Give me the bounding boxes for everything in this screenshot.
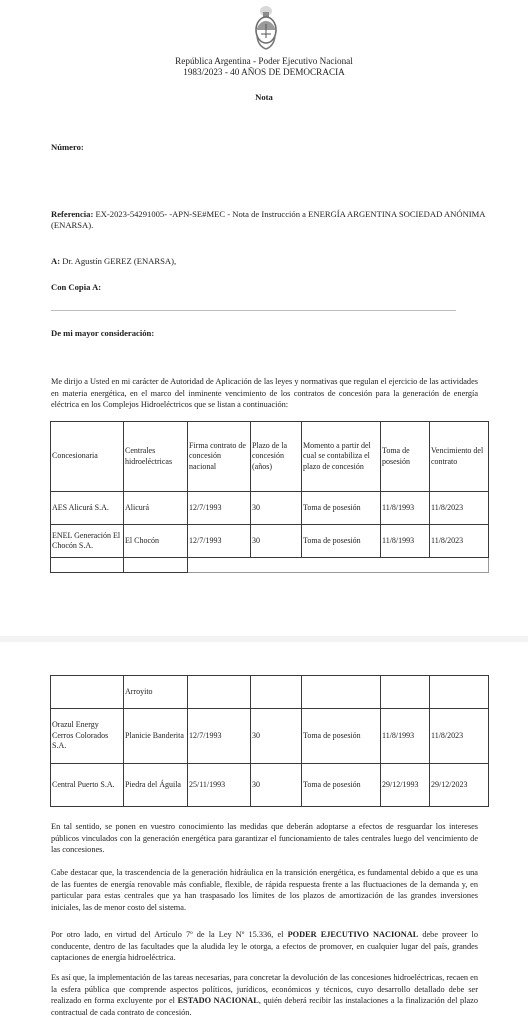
table-cell	[51, 558, 124, 573]
table-cell	[430, 676, 489, 709]
table-header-row: ConcesionariaCentrales hidroeléctricasFi…	[51, 422, 489, 492]
table-cell	[381, 676, 430, 709]
greeting: De mi mayor consideración:	[51, 328, 154, 339]
table-cell: Vencimiento del contrato	[430, 422, 489, 492]
paragraph-3: Por otro lado, en virtud del Artículo 7º…	[51, 929, 478, 964]
concessions-table-part-1: ConcesionariaCentrales hidroeléctricasFi…	[50, 421, 489, 573]
table-cell	[188, 676, 251, 709]
table-row-continuation	[51, 558, 489, 573]
table-cell: 12/7/1993	[188, 492, 251, 525]
table-cell	[251, 676, 302, 709]
intro-paragraph: Me dirijo a Usted en mi carácter de Auto…	[51, 376, 478, 411]
table-cell: ENEL Generación El Chocón S.A.	[51, 525, 124, 558]
table-cell: Toma de posesión	[381, 422, 430, 492]
referencia-field: Referencia: EX-2023-54291005- -APN-SE#ME…	[51, 209, 491, 231]
table-cell: Toma de posesión	[302, 525, 381, 558]
table-cell: 12/7/1993	[188, 709, 251, 764]
table-row: Arroyito	[51, 676, 489, 709]
concessions-table-part-2: ArroyitoOrazul Energy Cerros Colorados S…	[50, 675, 489, 807]
table-cell: AES Alicurá S.A.	[51, 492, 124, 525]
referencia-value: EX-2023-54291005- -APN-SE#MEC - Nota de …	[51, 209, 485, 230]
table-cell: Alicurá	[124, 492, 188, 525]
paragraph-text: En tal sentido, se ponen en vuestro cono…	[51, 822, 478, 854]
numero-label: Número:	[51, 142, 84, 152]
table-row: AES Alicurá S.A.Alicurá12/7/199330Toma d…	[51, 492, 489, 525]
table-cell: Plazo de la concesión (años)	[251, 422, 302, 492]
table-cell: Toma de posesión	[302, 492, 381, 525]
table-cell: 25/11/1993	[188, 764, 251, 807]
table-row: ENEL Generación El Chocón S.A.El Chocón1…	[51, 525, 489, 558]
cc-label: Con Copia A:	[51, 282, 101, 292]
table-cell: 30	[251, 709, 302, 764]
paragraph-1: En tal sentido, se ponen en vuestro cono…	[51, 821, 478, 856]
table-cell: 12/7/1993	[188, 525, 251, 558]
table-cell: Momento a partir del cual se contabiliza…	[302, 422, 381, 492]
divider	[51, 310, 456, 311]
table-cell: 30	[251, 492, 302, 525]
recipient-field: A: Dr. Agustín GEREZ (ENARSA),	[51, 256, 176, 267]
recipient-label: A:	[51, 256, 60, 266]
document-page-1: República Argentina - Poder Ejecutivo Na…	[0, 0, 528, 636]
table-cell: 29/12/1993	[381, 764, 430, 807]
emphasis-text: PODER EJECUTIVO NACIONAL	[288, 930, 419, 939]
table-row: Central Puerto S.A.Piedra del Águila25/1…	[51, 764, 489, 807]
table-cell: 11/8/1993	[381, 525, 430, 558]
table-cell	[124, 558, 188, 573]
emphasis-text: ESTADO NACIONAL	[178, 996, 259, 1005]
paragraph-text: Por otro lado, en virtud del Artículo 7º…	[51, 930, 288, 939]
cc-field: Con Copia A:	[51, 282, 101, 293]
header-line-2: 1983/2023 - 40 AÑOS DE DEMOCRACIA	[0, 67, 528, 78]
argentina-coat-of-arms-icon	[253, 4, 279, 50]
table-cell: 11/8/2023	[430, 709, 489, 764]
table-cell: 30	[251, 764, 302, 807]
table-cell: Orazul Energy Cerros Colorados S.A.	[51, 709, 124, 764]
table-cell	[188, 558, 489, 573]
table-cell: Toma de posesión	[302, 709, 381, 764]
table-cell: Toma de posesión	[302, 764, 381, 807]
numero-field: Número:	[51, 142, 84, 153]
table-cell: 30	[251, 525, 302, 558]
paragraph-4: Es así que, la implementación de las tar…	[51, 972, 478, 1018]
recipient-value: Dr. Agustín GEREZ (ENARSA),	[62, 256, 176, 266]
table-cell: 11/8/2023	[430, 525, 489, 558]
table-cell: El Chocón	[124, 525, 188, 558]
table-cell: Arroyito	[124, 676, 188, 709]
table-cell: Concesionaria	[51, 422, 124, 492]
table-cell: Planicie Banderita	[124, 709, 188, 764]
greeting-text: De mi mayor consideración:	[51, 328, 154, 338]
table-cell	[51, 676, 124, 709]
document-type: Nota	[0, 92, 528, 102]
table-cell: Firma contrato de concesión nacional	[188, 422, 251, 492]
table-cell: 11/8/2023	[430, 492, 489, 525]
table-cell	[302, 676, 381, 709]
table-cell: Centrales hidroeléctricas	[124, 422, 188, 492]
table-cell: 11/8/1993	[381, 492, 430, 525]
table-row: Orazul Energy Cerros Colorados S.A.Plani…	[51, 709, 489, 764]
paragraph-text: Cabe destacar que, la trascendencia de l…	[51, 868, 478, 912]
table-cell: Piedra del Águila	[124, 764, 188, 807]
table-cell: Central Puerto S.A.	[51, 764, 124, 807]
header-line-1: República Argentina - Poder Ejecutivo Na…	[0, 56, 528, 67]
table-cell: 11/8/1993	[381, 709, 430, 764]
paragraph-2: Cabe destacar que, la trascendencia de l…	[51, 867, 478, 913]
referencia-label: Referencia:	[51, 209, 93, 219]
table-cell: 29/12/2023	[430, 764, 489, 807]
